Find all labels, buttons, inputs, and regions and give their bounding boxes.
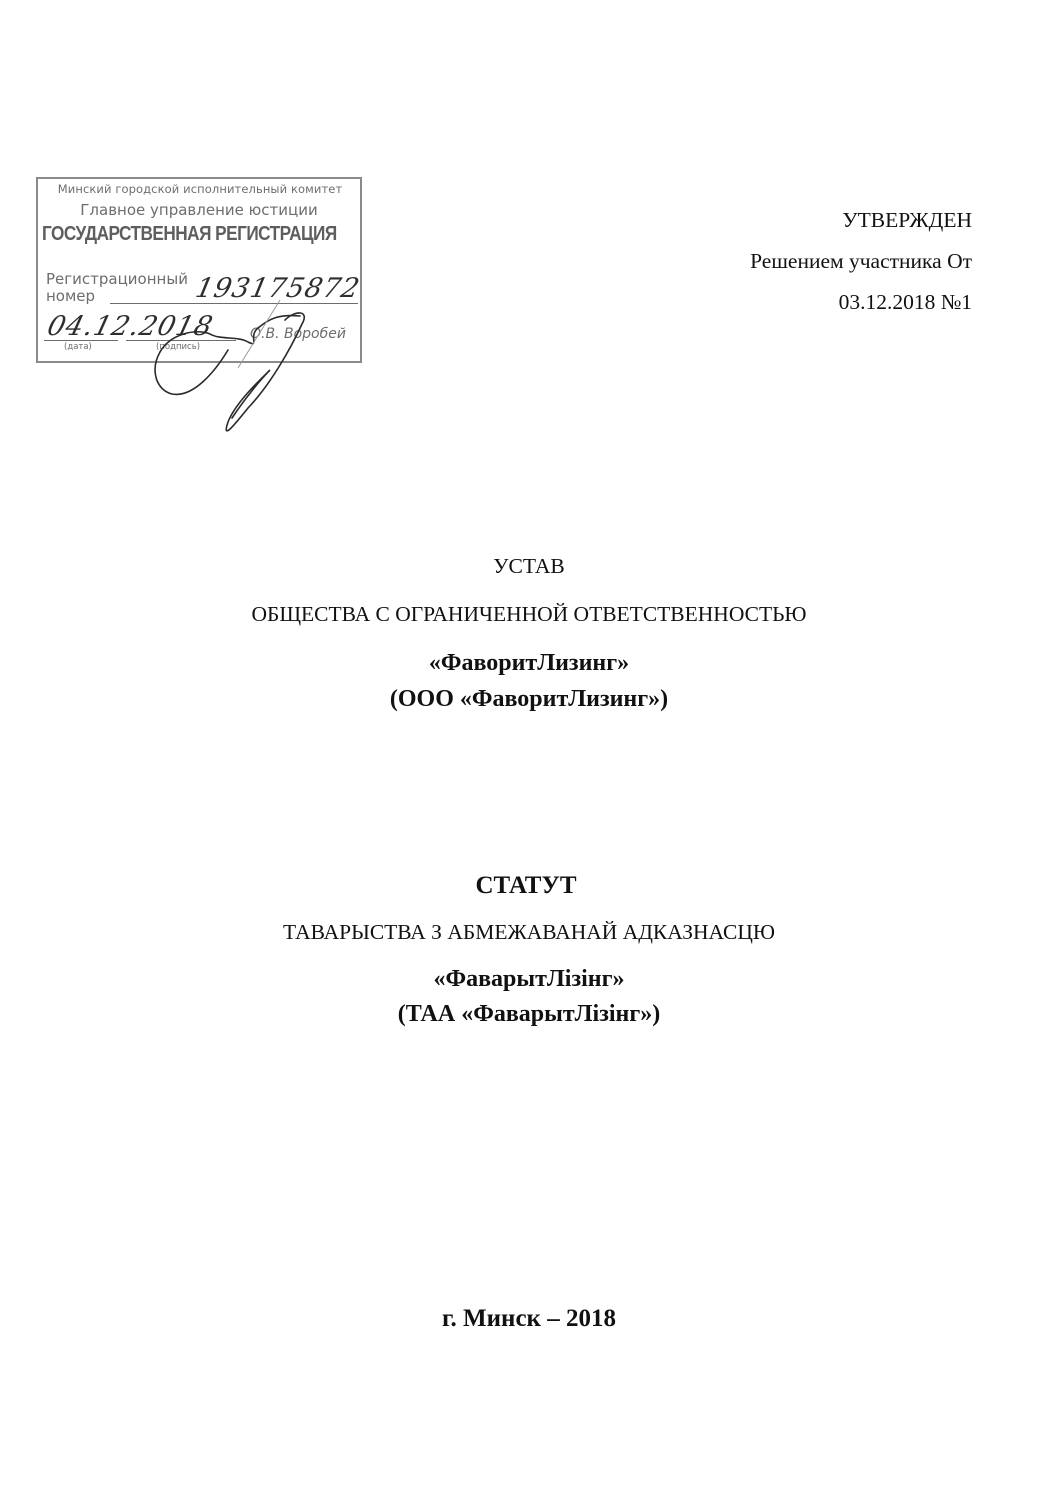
- by-entity-type: ТАВАРЫСТВА З АБМЕЖАВАНАЙ АДКАЗНАСЦЮ: [0, 920, 1058, 945]
- approval-block: УТВЕРЖДЕН Решением участника От 03.12.20…: [750, 200, 972, 323]
- ru-doc-type: УСТАВ: [0, 554, 1058, 579]
- ru-company-short-name: (ООО «ФаворитЛизинг»): [0, 686, 1058, 713]
- stamp-title: ГОСУДАРСТВЕННАЯ РЕГИСТРАЦИЯ: [42, 223, 315, 246]
- approval-decision: Решением участника От: [750, 241, 972, 282]
- approval-date-number: 03.12.2018 №1: [750, 282, 972, 323]
- ru-company-name: «ФаворитЛизинг»: [0, 650, 1058, 677]
- by-company-name: «ФаварытЛізінг»: [0, 966, 1058, 993]
- by-company-short-name: (ТАА «ФаварытЛізінг»): [0, 1001, 1058, 1028]
- stamp-authority: Минский городской исполнительный комитет: [44, 182, 356, 196]
- stamp-reg-label-line1: Регистрационный: [46, 271, 188, 288]
- stamp-department: Главное управление юстиции: [38, 201, 360, 219]
- ru-entity-type: ОБЩЕСТВА С ОГРАНИЧЕННОЙ ОТВЕТСТВЕННОСТЬЮ: [0, 602, 1058, 627]
- stamp-date-caption: (дата): [64, 342, 92, 352]
- place-year: г. Минск – 2018: [0, 1305, 1058, 1333]
- approval-status: УТВЕРЖДЕН: [750, 200, 972, 241]
- signature-icon: [120, 290, 310, 440]
- by-doc-type: СТАТУТ: [0, 872, 1058, 900]
- stamp-date-underline: [44, 340, 118, 341]
